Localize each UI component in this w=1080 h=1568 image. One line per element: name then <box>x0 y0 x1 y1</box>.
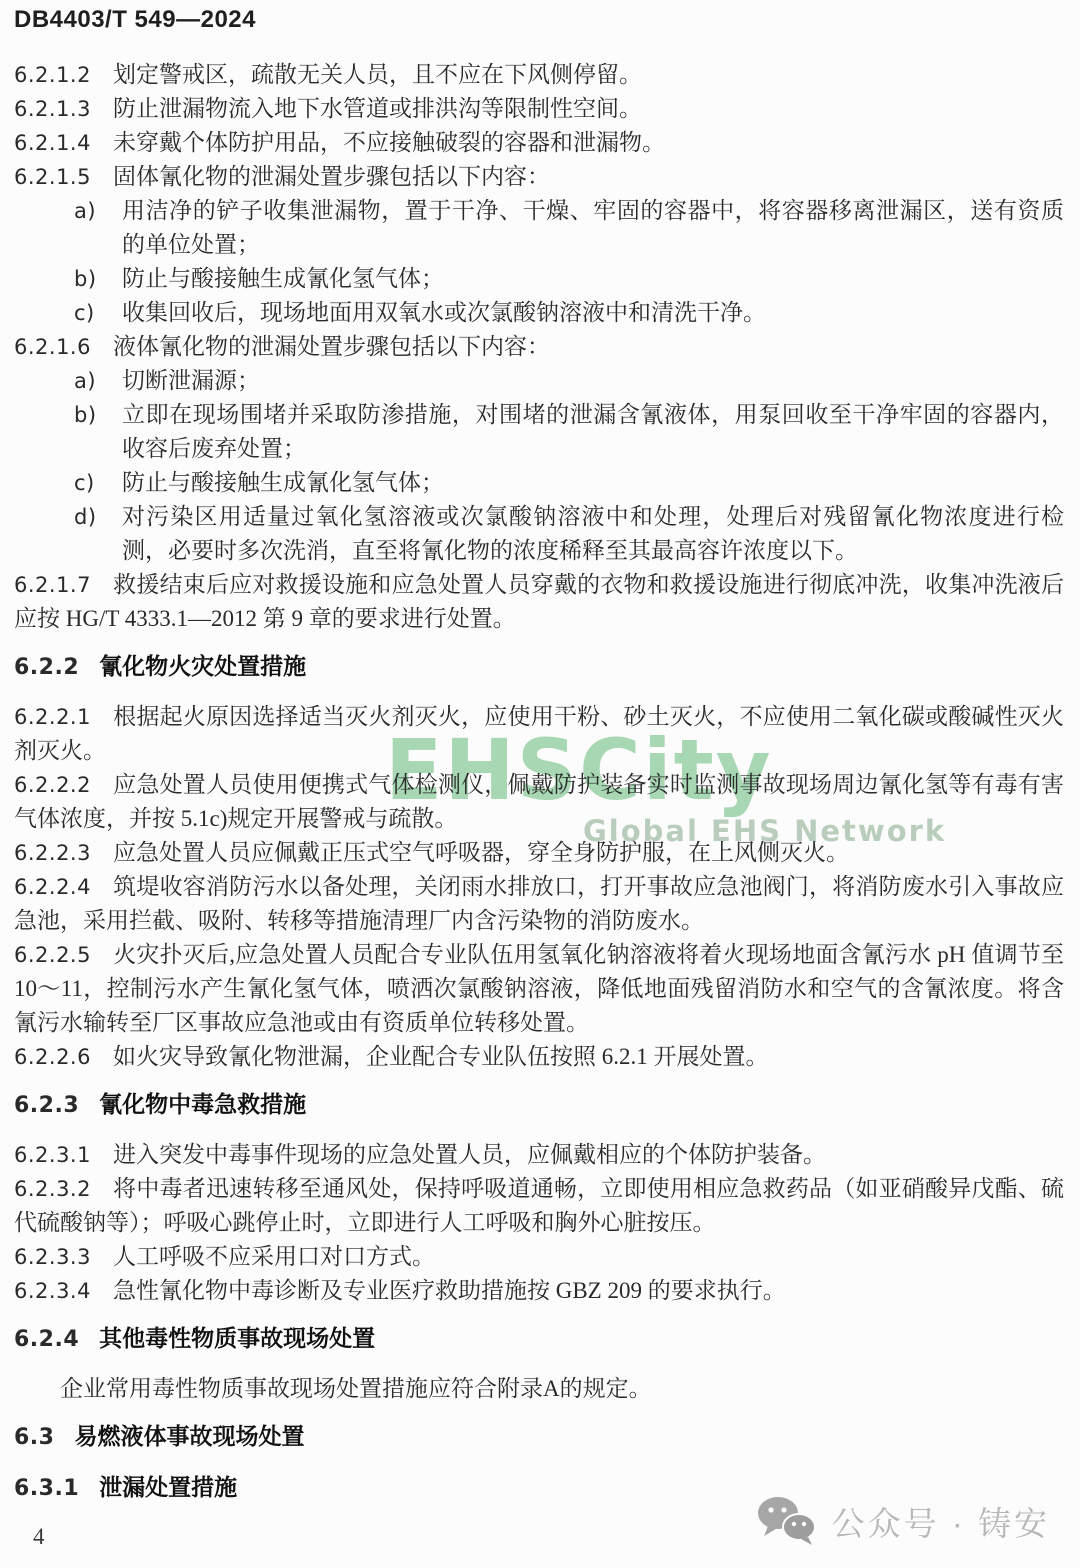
clause-number: 6.2.3.2 <box>14 1177 91 1201</box>
list-item-label: c) <box>74 296 95 330</box>
heading-text: 易燃液体事故现场处置 <box>74 1423 304 1449</box>
clause-number: 6.2.2.6 <box>14 1045 91 1069</box>
clause: 6.2.3.2将中毒者迅速转移至通风处，保持呼吸道通畅，立即使用相应急救药品（如… <box>14 1172 1064 1240</box>
clause-text: 将中毒者迅速转移至通风处，保持呼吸道通畅，立即使用相应急救药品（如亚硝酸异戊酯、… <box>14 1176 1064 1235</box>
clause-text: 防止泄漏物流入地下水管道或排洪沟等限制性空间。 <box>113 96 642 121</box>
list-item: a)用洁净的铲子收集泄漏物，置于干净、干燥、牢固的容器中，将容器移离泄漏区，送有… <box>14 194 1064 262</box>
clause-text: 应急处置人员使用便携式气体检测仪，佩戴防护装备实时监测事故现场周边氰化氢等有毒有… <box>14 772 1064 831</box>
clause: 6.2.2.4筑堤收容消防污水以备处理，关闭雨水排放口，打开事故应急池阀门，将消… <box>14 870 1064 938</box>
list-item: d)对污染区用适量过氧化氢溶液或次氯酸钠溶液中和处理，处理后对残留氰化物浓度进行… <box>14 500 1064 568</box>
clause: 6.2.2.5火灾扑灭后,应急处置人员配合专业队伍用氢氧化钠溶液将着火现场地面含… <box>14 938 1064 1040</box>
clause-number: 6.2.2.4 <box>14 875 91 899</box>
clause-text: 筑堤收容消防污水以备处理，关闭雨水排放口，打开事故应急池阀门，将消防废水引入事故… <box>14 874 1064 933</box>
heading-number: 6.3 <box>14 1425 54 1450</box>
page-number: 4 <box>33 1524 45 1550</box>
section-heading: 6.2.2氰化物火灾处置措施 <box>14 649 1064 685</box>
clause-number: 6.2.1.7 <box>14 573 91 597</box>
clause-text: 急性氰化物中毒诊断及专业医疗救助措施按 GBZ 209 的要求执行。 <box>113 1278 786 1303</box>
heading-number: 6.2.4 <box>14 1327 79 1352</box>
clause-text: 固体氰化物的泄漏处置步骤包括以下内容： <box>113 164 550 189</box>
heading-number: 6.3.1 <box>14 1476 79 1501</box>
list-item-text: 防止与酸接触生成氰化氢气体； <box>122 470 444 495</box>
paragraph: 企业常用毒性物质事故现场处置措施应符合附录A的规定。 <box>14 1372 1064 1406</box>
heading-number: 6.2.3 <box>14 1093 79 1118</box>
clause-text: 根据起火原因选择适当灭火剂灭火，应使用干粉、砂土灭火，不应使用二氧化碳或酸碱性灭… <box>14 704 1064 763</box>
section-heading: 6.3易燃液体事故现场处置 <box>14 1419 1064 1455</box>
clause-number: 6.2.1.2 <box>14 63 91 87</box>
paragraph-text: 企业常用毒性物质事故现场处置措施应符合附录A的规定。 <box>60 1376 652 1401</box>
clause-number: 6.2.1.6 <box>14 335 91 359</box>
clause: 6.2.1.2划定警戒区，疏散无关人员，且不应在下风侧停留。 <box>14 58 1064 92</box>
clause: 6.2.3.1进入突发中毒事件现场的应急处置人员，应佩戴相应的个体防护装备。 <box>14 1138 1064 1172</box>
clause: 6.2.2.1根据起火原因选择适当灭火剂灭火，应使用干粉、砂土灭火，不应使用二氧… <box>14 700 1064 768</box>
clause: 6.2.1.6液体氰化物的泄漏处置步骤包括以下内容： <box>14 330 1064 364</box>
clause-text: 应急处置人员应佩戴正压式空气呼吸器，穿全身防护服，在上风侧灭火。 <box>113 840 849 865</box>
list-item-label: a) <box>74 194 96 228</box>
list-item: c)收集回收后，现场地面用双氧水或次氯酸钠溶液中和清洗干净。 <box>14 296 1064 330</box>
clause-text: 如火灾导致氰化物泄漏，企业配合专业队伍按照 6.2.1 开展处置。 <box>113 1044 769 1069</box>
wechat-icon <box>756 1496 818 1546</box>
clause: 6.2.2.2应急处置人员使用便携式气体检测仪，佩戴防护装备实时监测事故现场周边… <box>14 768 1064 836</box>
document-page: DB4403/T 549—2024 EHSCity Global EHS Net… <box>0 0 1080 1568</box>
clause: 6.2.3.4急性氰化物中毒诊断及专业医疗救助措施按 GBZ 209 的要求执行… <box>14 1274 1064 1308</box>
list-item-label: b) <box>74 262 97 296</box>
clause-number: 6.2.2.3 <box>14 841 91 865</box>
list-item: b)防止与酸接触生成氰化氢气体； <box>14 262 1064 296</box>
list-item: b)立即在现场围堵并采取防渗措施，对围堵的泄漏含氰液体，用泵回收至干净牢固的容器… <box>14 398 1064 466</box>
heading-text: 氰化物火灾处置措施 <box>99 653 306 679</box>
list-item-text: 对污染区用适量过氧化氢溶液或次氯酸钠溶液中和处理，处理后对残留氰化物浓度进行检测… <box>122 504 1064 563</box>
clause-text: 人工呼吸不应采用口对口方式。 <box>113 1244 435 1269</box>
list-item-label: c) <box>74 466 95 500</box>
wechat-badge-label: 公众号 · 铸安 <box>832 1498 1050 1545</box>
heading-text: 其他毒性物质事故现场处置 <box>99 1325 375 1351</box>
clause-number: 6.2.1.4 <box>14 131 91 155</box>
clause: 6.2.2.3应急处置人员应佩戴正压式空气呼吸器，穿全身防护服，在上风侧灭火。 <box>14 836 1064 870</box>
clause: 6.2.2.6如火灾导致氰化物泄漏，企业配合专业队伍按照 6.2.1 开展处置。 <box>14 1040 1064 1074</box>
clause-text: 划定警戒区，疏散无关人员，且不应在下风侧停留。 <box>113 62 642 87</box>
document-code: DB4403/T 549—2024 <box>14 6 256 34</box>
wechat-badge: 公众号 · 铸安 <box>756 1496 1050 1546</box>
clause-number: 6.2.3.4 <box>14 1279 91 1303</box>
list-item-label: b) <box>74 398 97 432</box>
list-item-text: 切断泄漏源； <box>122 368 260 393</box>
clause-text: 液体氰化物的泄漏处置步骤包括以下内容： <box>113 334 550 359</box>
list-item-text: 立即在现场围堵并采取防渗措施，对围堵的泄漏含氰液体，用泵回收至干净牢固的容器内，… <box>122 402 1064 461</box>
clause-text: 火灾扑灭后,应急处置人员配合专业队伍用氢氧化钠溶液将着火现场地面含氰污水 pH … <box>14 942 1064 1035</box>
clause: 6.2.1.3防止泄漏物流入地下水管道或排洪沟等限制性空间。 <box>14 92 1064 126</box>
document-body: 6.2.1.2划定警戒区，疏散无关人员，且不应在下风侧停留。6.2.1.3防止泄… <box>0 0 1080 1506</box>
list-item-text: 用洁净的铲子收集泄漏物，置于干净、干燥、牢固的容器中，将容器移离泄漏区，送有资质… <box>122 198 1064 257</box>
clause: 6.2.1.5固体氰化物的泄漏处置步骤包括以下内容： <box>14 160 1064 194</box>
list-item-label: d) <box>74 500 97 534</box>
section-heading: 6.2.4其他毒性物质事故现场处置 <box>14 1321 1064 1357</box>
list-item-text: 防止与酸接触生成氰化氢气体； <box>122 266 444 291</box>
clause-text: 进入突发中毒事件现场的应急处置人员，应佩戴相应的个体防护装备。 <box>113 1142 826 1167</box>
heading-number: 6.2.2 <box>14 655 79 680</box>
clause-number: 6.2.2.1 <box>14 705 91 729</box>
clause-number: 6.2.2.5 <box>14 943 91 967</box>
clause: 6.2.3.3人工呼吸不应采用口对口方式。 <box>14 1240 1064 1274</box>
heading-text: 泄漏处置措施 <box>99 1474 237 1500</box>
clause-number: 6.2.3.3 <box>14 1245 91 1269</box>
heading-text: 氰化物中毒急救措施 <box>99 1091 306 1117</box>
list-item: c)防止与酸接触生成氰化氢气体； <box>14 466 1064 500</box>
list-item-text: 收集回收后，现场地面用双氧水或次氯酸钠溶液中和清洗干净。 <box>122 300 766 325</box>
clause-number: 6.2.1.3 <box>14 97 91 121</box>
list-item: a)切断泄漏源； <box>14 364 1064 398</box>
clause: 6.2.1.4未穿戴个体防护用品，不应接触破裂的容器和泄漏物。 <box>14 126 1064 160</box>
clause: 6.2.1.7救援结束后应对救援设施和应急处置人员穿戴的衣物和救援设施进行彻底冲… <box>14 568 1064 636</box>
list-item-label: a) <box>74 364 96 398</box>
clause-text: 未穿戴个体防护用品，不应接触破裂的容器和泄漏物。 <box>113 130 665 155</box>
clause-number: 6.2.1.5 <box>14 165 91 189</box>
section-heading: 6.2.3氰化物中毒急救措施 <box>14 1087 1064 1123</box>
clause-number: 6.2.3.1 <box>14 1143 91 1167</box>
clause-number: 6.2.2.2 <box>14 773 91 797</box>
clause-text: 救援结束后应对救援设施和应急处置人员穿戴的衣物和救援设施进行彻底冲洗，收集冲洗液… <box>14 572 1064 631</box>
